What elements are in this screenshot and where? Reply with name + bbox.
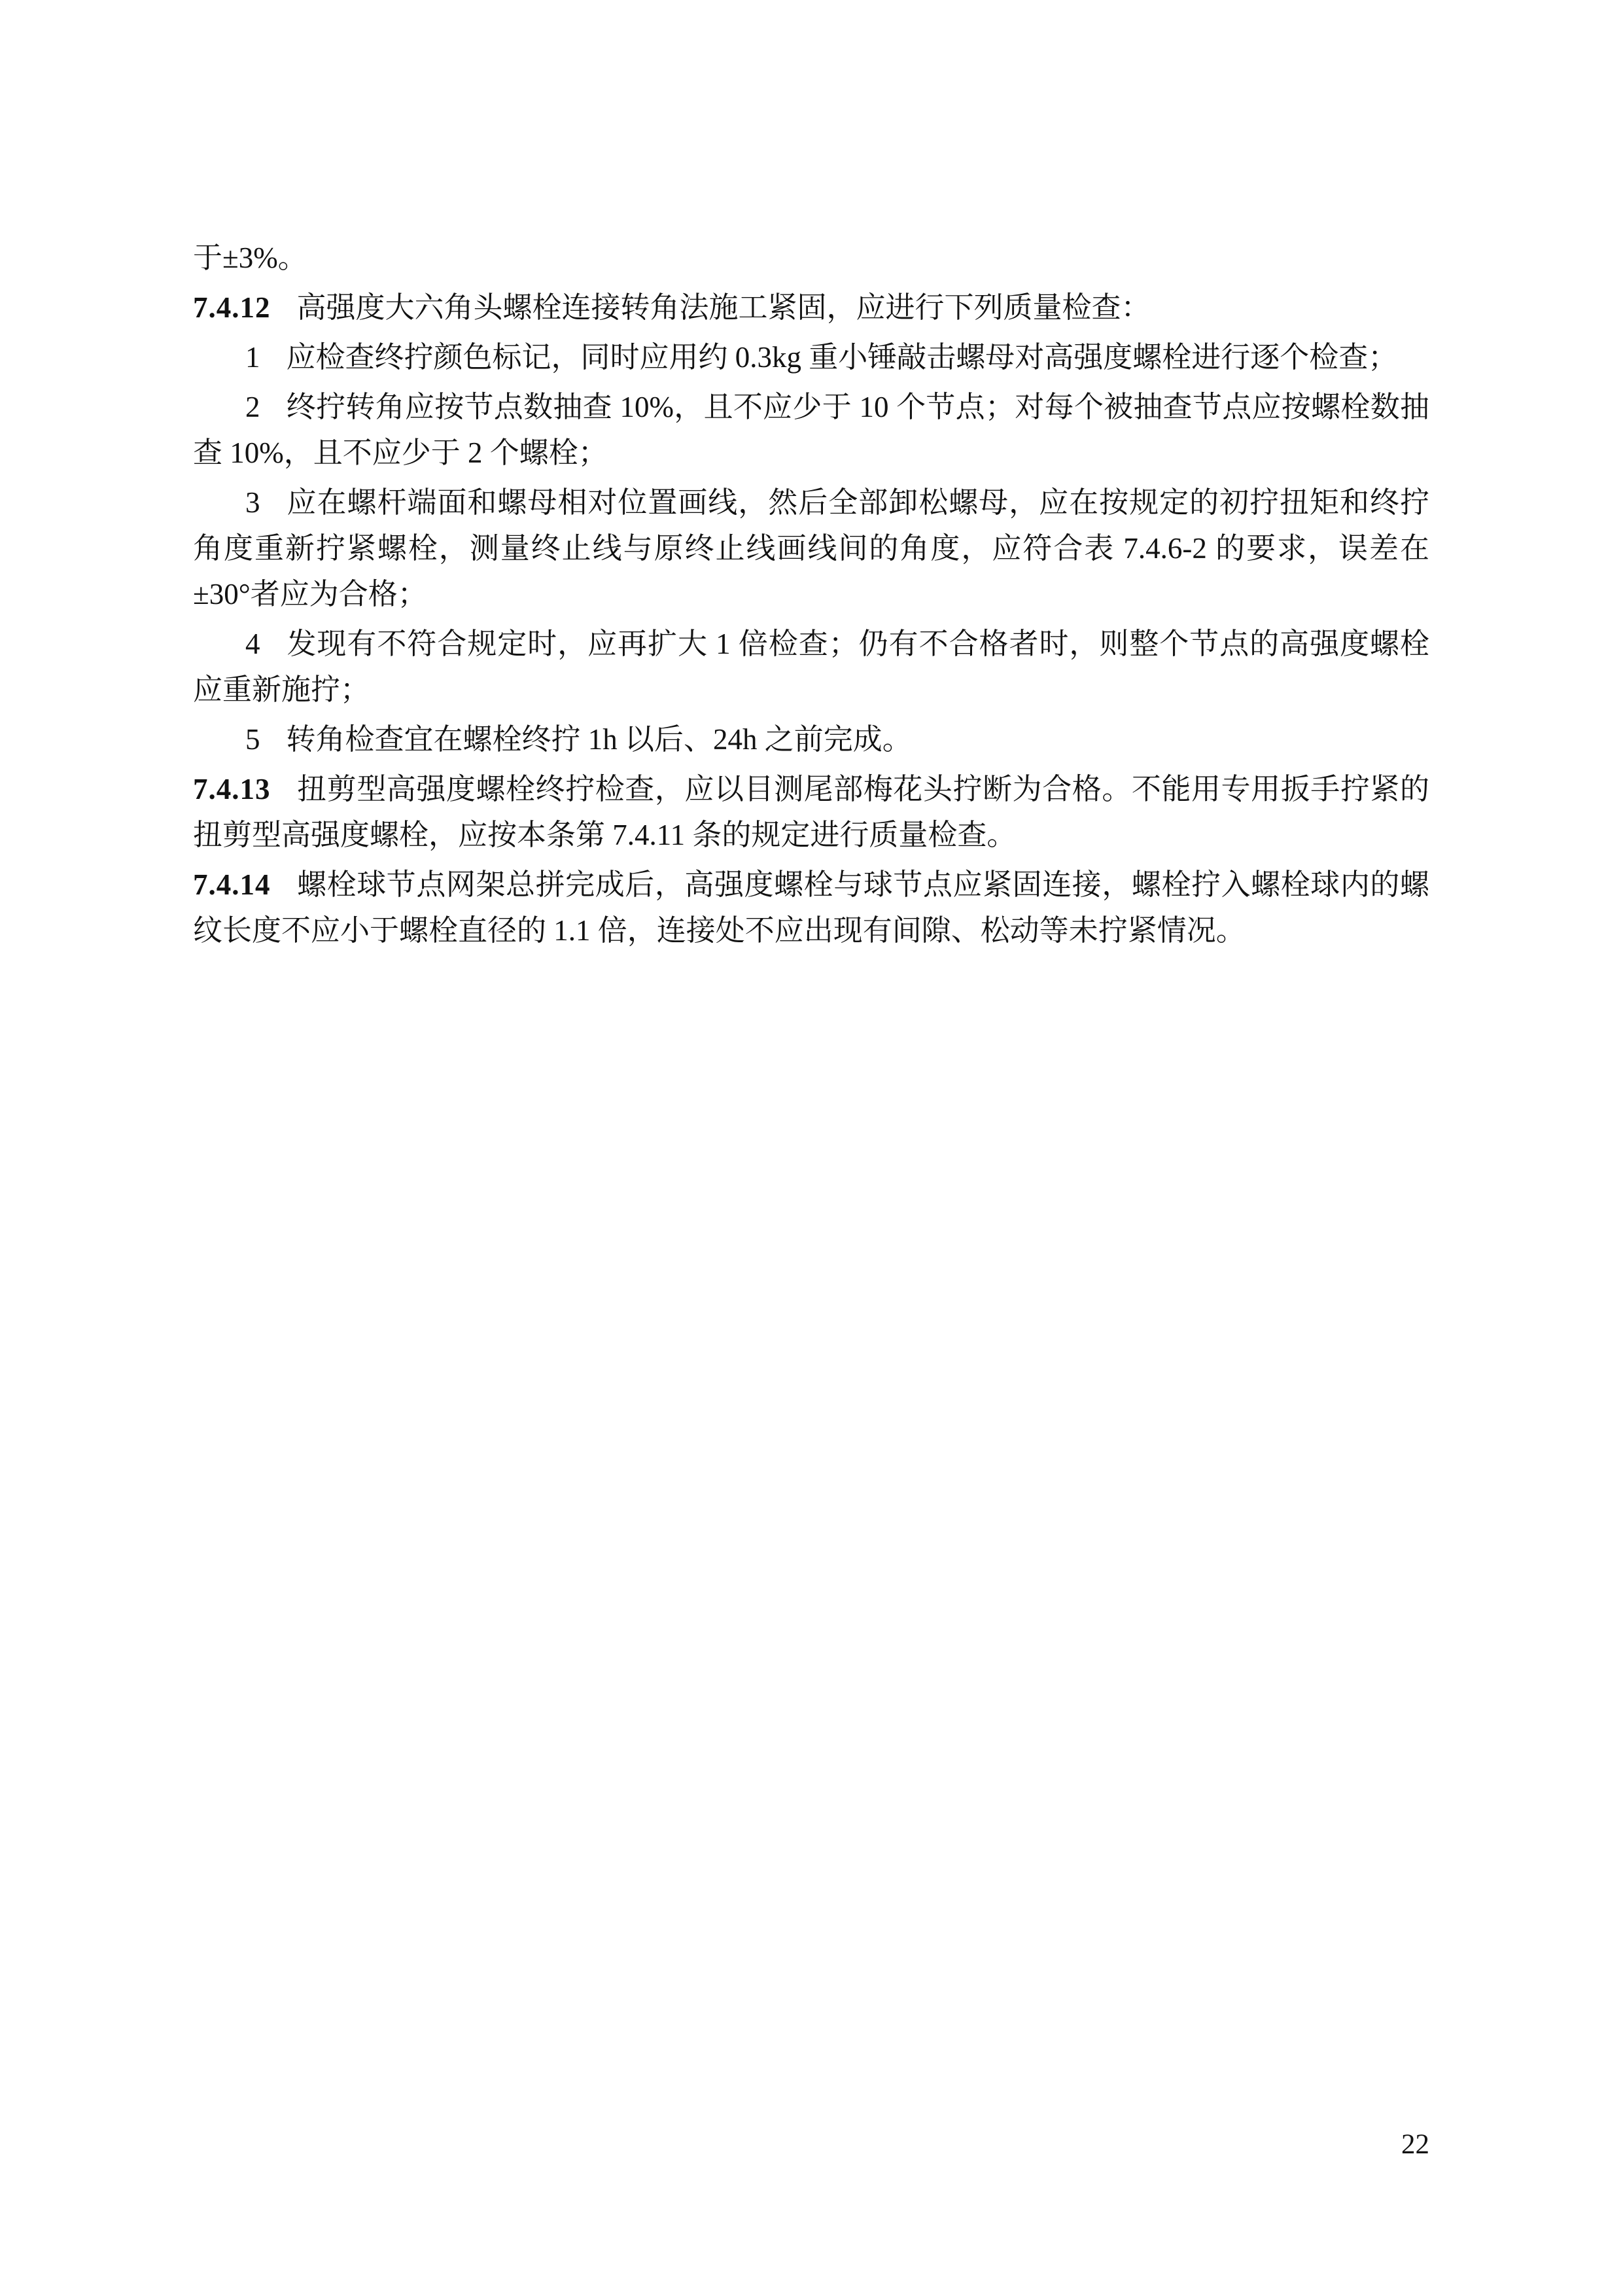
clause-text: 高强度大六角头螺栓连接转角法施工紧固，应进行下列质量检查： bbox=[297, 291, 1151, 324]
clause-7-4-14: 7.4.14螺栓球节点网架总拼完成后，高强度螺栓与球节点应紧固连接，螺栓拧入螺栓… bbox=[193, 862, 1429, 953]
clause-number: 7.4.14 bbox=[193, 868, 271, 901]
clause-text: 螺栓球节点网架总拼完成后，高强度螺栓与球节点应紧固连接，螺栓拧入螺栓球内的螺纹长… bbox=[193, 868, 1429, 947]
item-text: 应检查终拧颜色标记，同时应用约 0.3kg 重小锤敲击螺母对高强度螺栓进行逐个检… bbox=[287, 341, 1398, 374]
list-item-3: 3应在螺杆端面和螺母相对位置画线，然后全部卸松螺母，应在按规定的初拧扭矩和终拧角… bbox=[193, 480, 1429, 617]
paragraph-continuation: 于±3%。 bbox=[193, 235, 1429, 281]
list-item-4: 4发现有不符合规定时，应再扩大 1 倍检查；仍有不合格者时，则整个节点的高强度螺… bbox=[193, 621, 1429, 713]
clause-7-4-12: 7.4.12高强度大六角头螺栓连接转角法施工紧固，应进行下列质量检查： bbox=[193, 285, 1429, 330]
paragraph-text: 于±3%。 bbox=[193, 241, 307, 274]
clause-number: 7.4.12 bbox=[193, 291, 271, 324]
item-text: 转角检查宜在螺栓终拧 1h 以后、24h 之前完成。 bbox=[287, 723, 912, 756]
text-block: 于±3%。 7.4.12高强度大六角头螺栓连接转角法施工紧固，应进行下列质量检查… bbox=[193, 235, 1429, 953]
item-number: 2 bbox=[245, 391, 260, 423]
clause-7-4-13: 7.4.13扭剪型高强度螺栓终拧检查，应以目测尾部梅花头拧断为合格。不能用专用扳… bbox=[193, 766, 1429, 858]
document-page: 于±3%。 7.4.12高强度大六角头螺栓连接转角法施工紧固，应进行下列质量检查… bbox=[0, 0, 1623, 2296]
item-number: 4 bbox=[245, 627, 260, 660]
page-number: 22 bbox=[1401, 2130, 1429, 2159]
item-number: 3 bbox=[245, 486, 260, 519]
item-text: 终拧转角应按节点数抽查 10%，且不应少于 10 个节点；对每个被抽查节点应按螺… bbox=[193, 391, 1429, 469]
item-text: 应在螺杆端面和螺母相对位置画线，然后全部卸松螺母，应在按规定的初拧扭矩和终拧角度… bbox=[193, 486, 1429, 610]
list-item-5: 5转角检查宜在螺栓终拧 1h 以后、24h 之前完成。 bbox=[193, 716, 1429, 762]
item-number: 5 bbox=[245, 723, 260, 756]
list-item-1: 1应检查终拧颜色标记，同时应用约 0.3kg 重小锤敲击螺母对高强度螺栓进行逐个… bbox=[193, 334, 1429, 380]
item-text: 发现有不符合规定时，应再扩大 1 倍检查；仍有不合格者时，则整个节点的高强度螺栓… bbox=[193, 627, 1429, 706]
item-number: 1 bbox=[245, 341, 260, 374]
list-item-2: 2终拧转角应按节点数抽查 10%，且不应少于 10 个节点；对每个被抽查节点应按… bbox=[193, 384, 1429, 476]
clause-number: 7.4.13 bbox=[193, 773, 271, 805]
clause-text: 扭剪型高强度螺栓终拧检查，应以目测尾部梅花头拧断为合格。不能用专用扳手拧紧的扭剪… bbox=[193, 773, 1429, 851]
